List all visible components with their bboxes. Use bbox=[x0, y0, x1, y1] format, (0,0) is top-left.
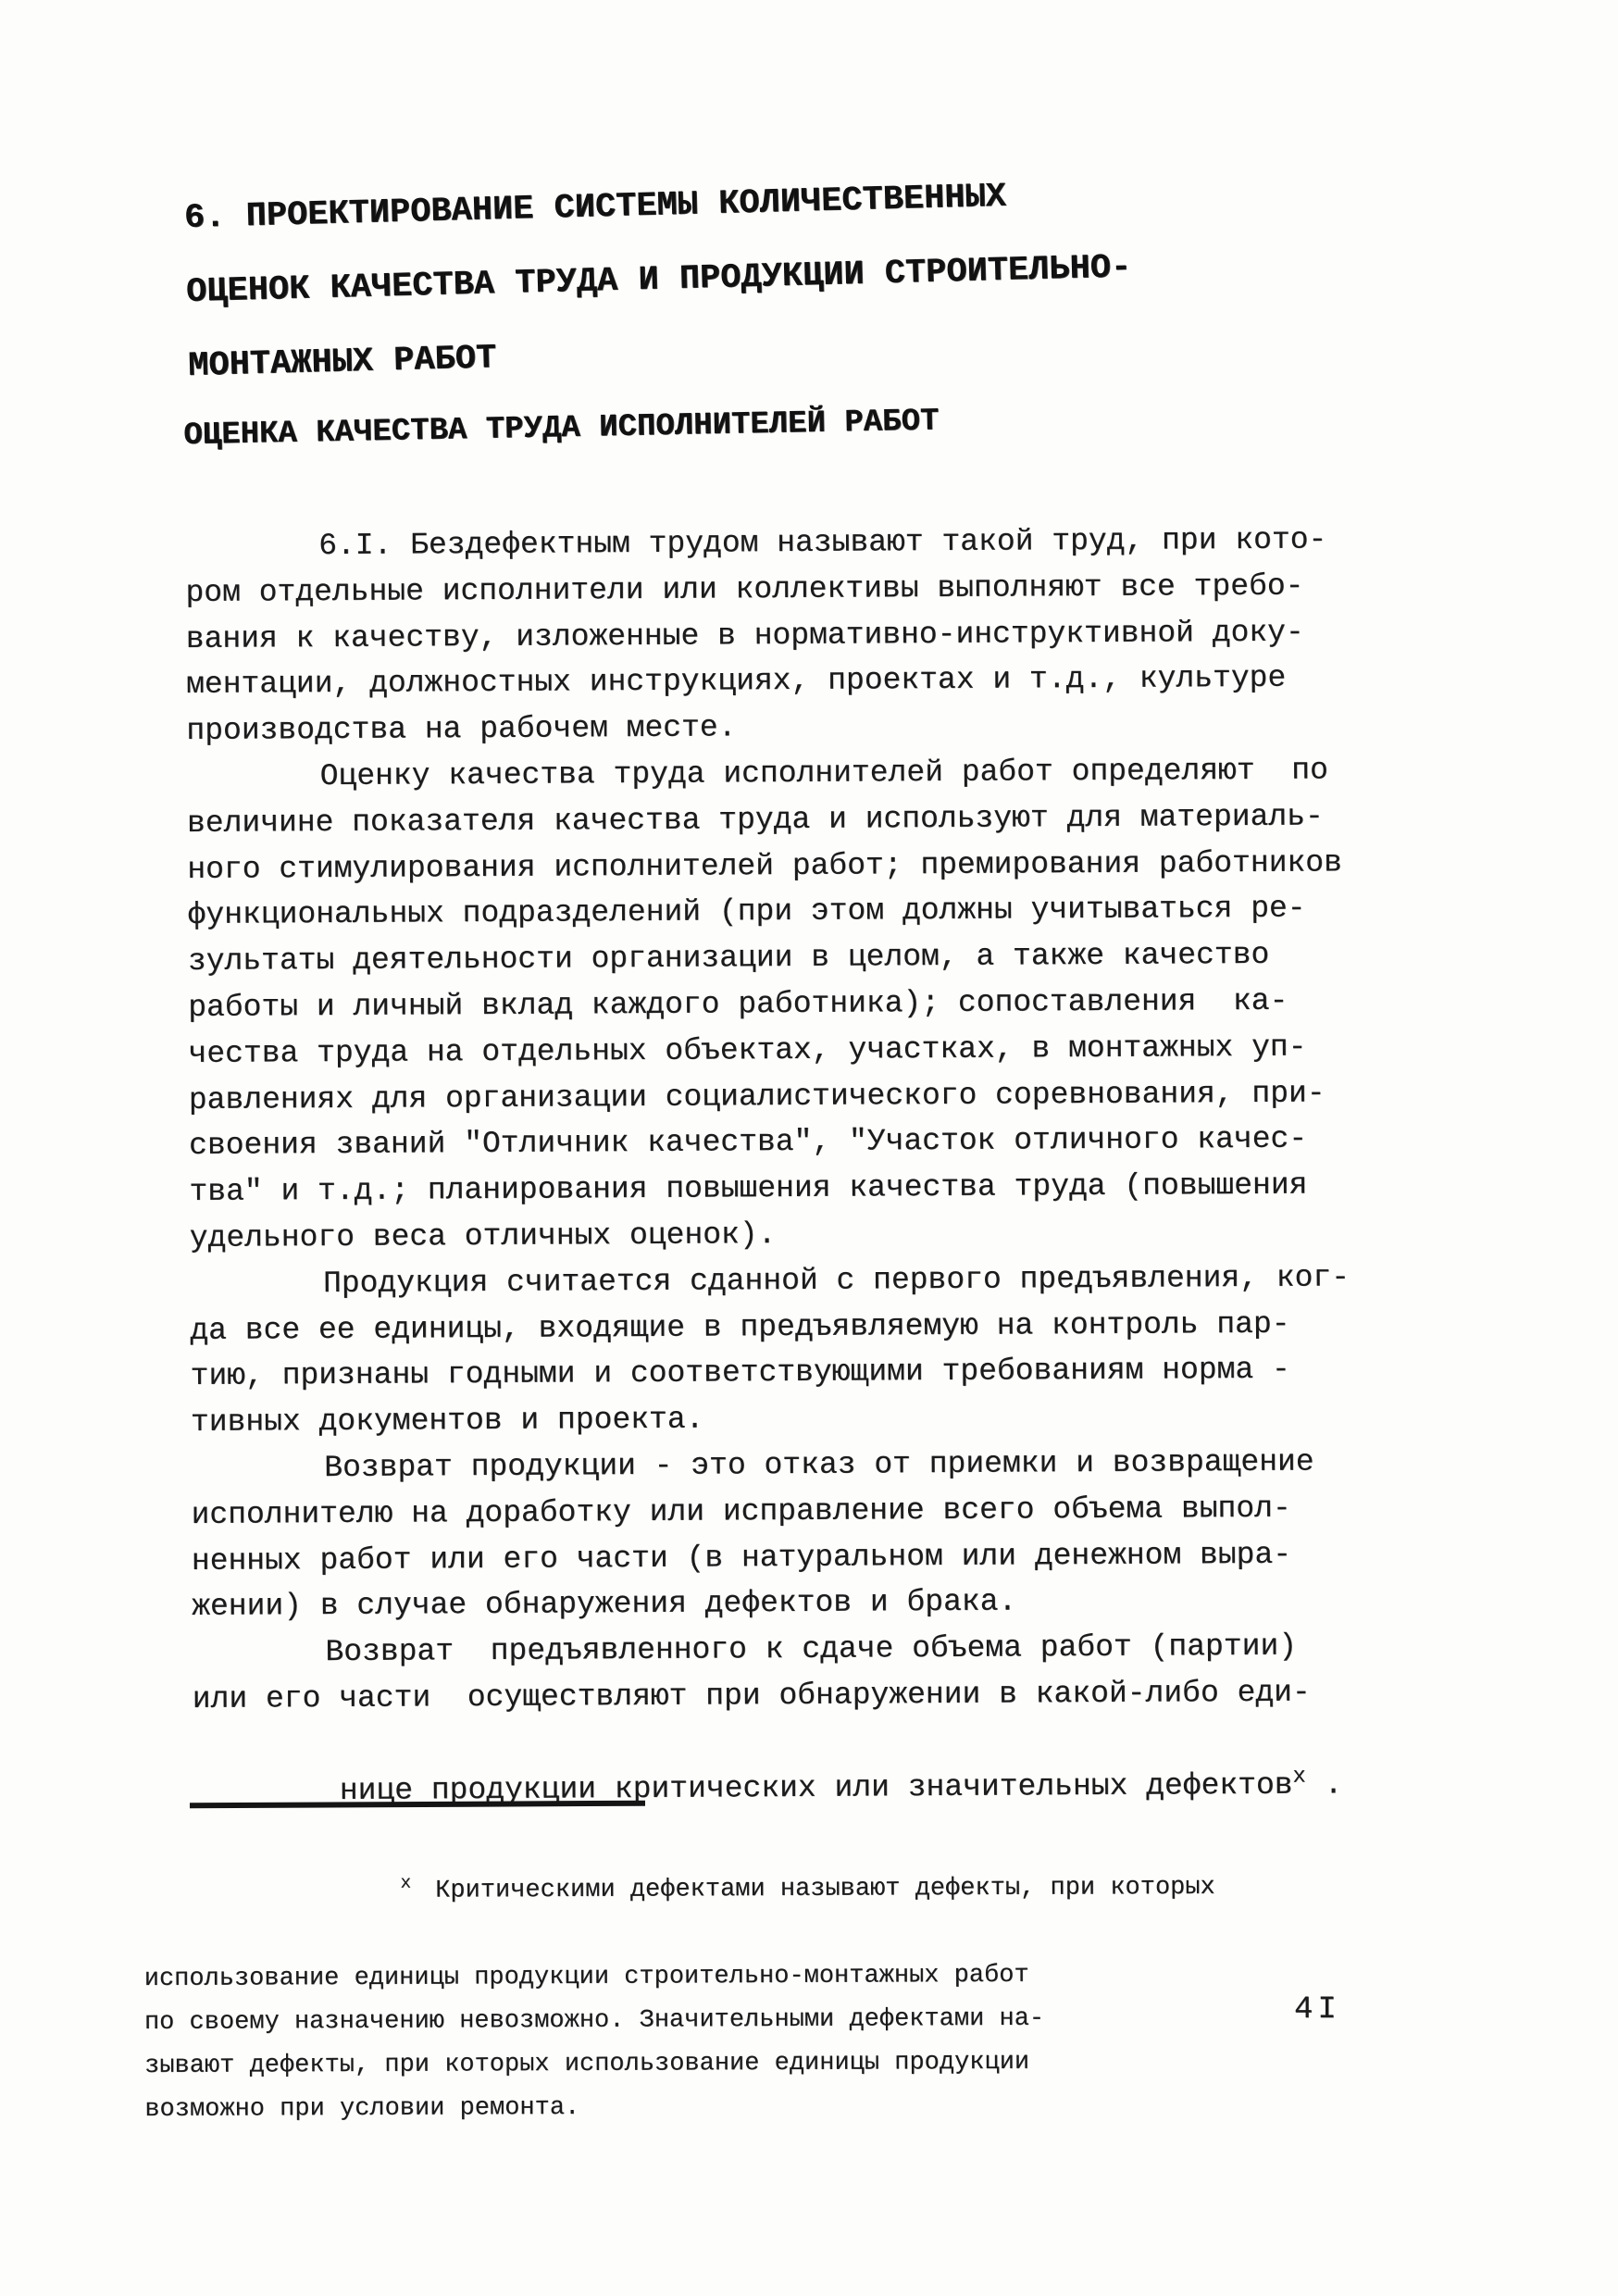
footnote-marker: х bbox=[400, 1873, 435, 1893]
text-line: 6.I. Бездефектным трудом называют такой … bbox=[185, 517, 1351, 569]
paragraph-first-presentation: Продукция считается сданной с первого пр… bbox=[190, 1254, 1357, 1446]
text-segment: . bbox=[1306, 1767, 1343, 1802]
paragraph-quality-assessment: Оценку качества труда исполнителей работ… bbox=[187, 747, 1356, 1261]
text-line: величине показателя качества труда и исп… bbox=[187, 793, 1353, 846]
page-number: 4I bbox=[1294, 1992, 1341, 2028]
text-line: тва" и т.д.; планирования повышения каче… bbox=[189, 1162, 1355, 1215]
footnote-reference: х bbox=[1292, 1764, 1305, 1789]
text-line: тию, признаны годными и соответствующими… bbox=[190, 1347, 1356, 1400]
footnote-line: зывают дефекты, при которых использовани… bbox=[144, 2040, 1163, 2089]
footnote-line: использование единицы продукции строител… bbox=[144, 1953, 1163, 2002]
text-line: Возврат продукции - это отказ от приемки… bbox=[191, 1439, 1357, 1491]
text-line: функциональных подразделений (при этом д… bbox=[187, 886, 1353, 939]
text-line: ненных работ или его части (в натурально… bbox=[192, 1531, 1358, 1584]
paragraph-6-1: 6.I. Бездефектным трудом называют такой … bbox=[185, 517, 1352, 755]
footnote-line: по своему назначению невозможно. Значите… bbox=[144, 1997, 1163, 2045]
text-line: или его части осуществляют при обнаружен… bbox=[193, 1669, 1359, 1722]
text-line: исполнителю на доработку или исправление… bbox=[191, 1485, 1357, 1538]
section-heading: 6. ПРОЕКТИРОВАНИЕ СИСТЕМЫ КОЛИЧЕСТВЕННЫХ… bbox=[183, 156, 1134, 404]
text-segment: Критическими дефектами называют дефекты,… bbox=[435, 1874, 1215, 1905]
text-line: ментации, должностных инструкциях, проек… bbox=[186, 655, 1352, 708]
text-line: чества труда на отдельных объектах, учас… bbox=[188, 1024, 1354, 1077]
footnote: хКритическими дефектами называют дефекты… bbox=[143, 1823, 1163, 2132]
text-line: Возврат предъявленного к сдаче объема ра… bbox=[192, 1623, 1358, 1676]
paragraph-product-return: Возврат продукции - это отказ от приемки… bbox=[191, 1439, 1358, 1630]
scanned-document-page: 6. ПРОЕКТИРОВАНИЕ СИСТЕМЫ КОЛИЧЕСТВЕННЫХ… bbox=[0, 0, 1618, 2296]
text-line: зультаты деятельности организации в цело… bbox=[188, 931, 1354, 984]
text-line: Продукция считается сданной с первого пр… bbox=[190, 1254, 1356, 1307]
text-line: работы и личный вклад каждого работника)… bbox=[188, 978, 1354, 1030]
footnote-line: возможно при условии ремонта. bbox=[144, 2084, 1163, 2132]
subsection-heading: ОЦЕНКА КАЧЕСТВА ТРУДА ИСПОЛНИТЕЛЕЙ РАБОТ bbox=[183, 404, 940, 454]
text-line: удельного веса отличных оценок). bbox=[190, 1208, 1356, 1261]
text-line: вания к качеству, изложенные в нормативн… bbox=[186, 609, 1352, 662]
footnote-line: хКритическими дефектами называют дефекты… bbox=[143, 1823, 1163, 1958]
text-line: ром отдельные исполнители или коллективы… bbox=[185, 563, 1351, 616]
text-line: своения званий "Отличник качества", "Уча… bbox=[189, 1117, 1355, 1169]
text-line: равлениях для организации социалистическ… bbox=[189, 1070, 1355, 1123]
text-line: ного стимулирования исполнителей работ; … bbox=[187, 840, 1353, 892]
text-line: производства на рабочем месте. bbox=[186, 701, 1352, 754]
document-body: 6.I. Бездефектным трудом называют такой … bbox=[185, 517, 1360, 1861]
text-line: тивных документов и проекта. bbox=[191, 1392, 1357, 1445]
text-line: Оценку качества труда исполнителей работ… bbox=[187, 747, 1353, 800]
text-line: жении) в случае обнаружения дефектов и б… bbox=[192, 1578, 1358, 1630]
text-line: да все ее единицы, входящие в предъявляе… bbox=[190, 1301, 1356, 1354]
